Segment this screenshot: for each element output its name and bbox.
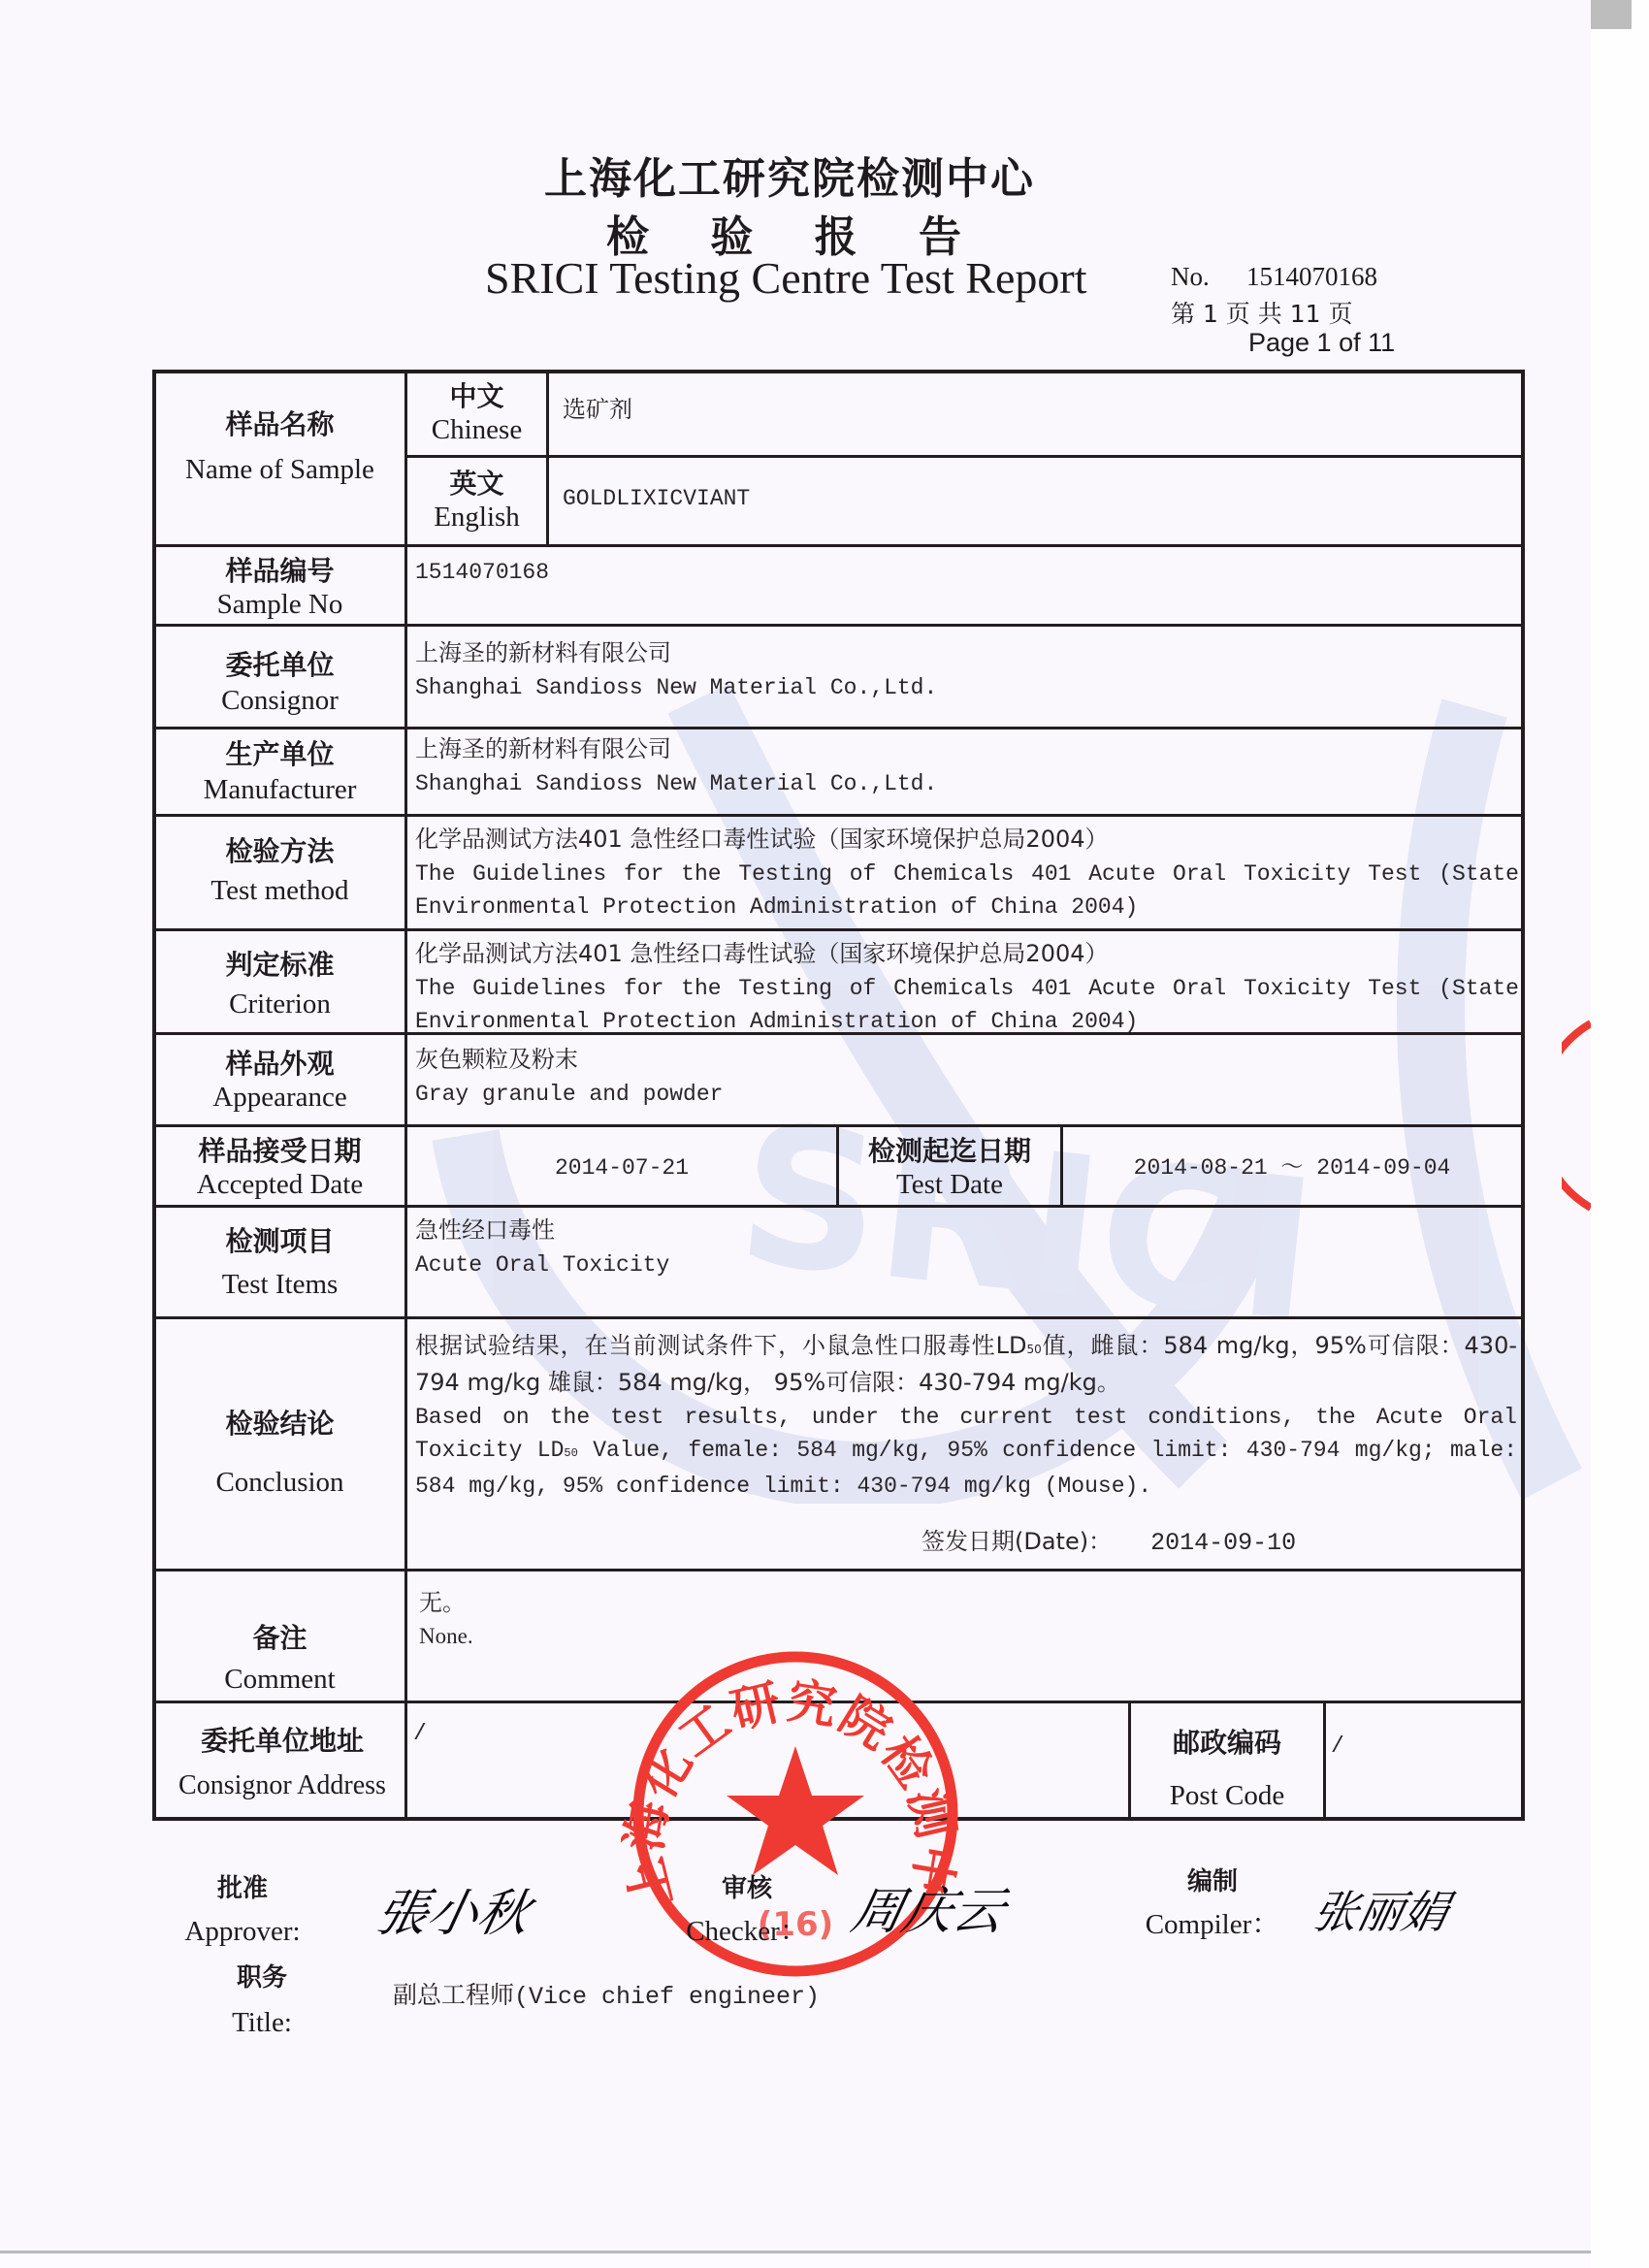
label-compiler: 编制 Compiler：: [1135, 1861, 1290, 1946]
criterion-value: 化学品测试方法401 急性经口毒性试验（国家环境保护总局2004）The Gui…: [415, 937, 1519, 1038]
manufacturer-value: 上海圣的新材料有限公司Shanghai Sandioss New Materia…: [415, 732, 937, 800]
label-consignor: 委托单位 Consignor: [155, 648, 404, 718]
consignor-address-value: /: [413, 1717, 427, 1750]
consignor-value: 上海圣的新材料有限公司Shanghai Sandioss New Materia…: [415, 636, 937, 704]
label-comment: 备注 Comment: [155, 1618, 404, 1700]
checker-signature: 周庆云: [846, 1870, 1013, 1943]
label-chinese: 中文 Chinese: [407, 380, 546, 446]
label-approver: 批准 Approver:: [184, 1867, 301, 1953]
label-post-code: 邮政编码 Post Code: [1131, 1717, 1323, 1822]
sample-name-cn: 选矿剂: [563, 393, 632, 428]
scan-shadow: [1591, 0, 1632, 29]
title-value: 副总工程师(Vice chief engineer): [393, 1981, 820, 2014]
label-english: 英文 English: [407, 468, 546, 534]
comment-value: 无。None.: [419, 1586, 473, 1653]
label-test-method: 检验方法 Test method: [155, 832, 404, 910]
test-date-value: 2014-08-21 ～ 2014-09-04: [1063, 1151, 1521, 1184]
post-code-value: /: [1331, 1730, 1344, 1763]
label-conclusion: 检验结论 Conclusion: [155, 1395, 404, 1511]
accepted-date-value: 2014-07-21: [407, 1151, 836, 1184]
approver-signature: 張小秋: [371, 1872, 537, 1945]
label-title: 职务 Title:: [204, 1956, 320, 2045]
label-criterion: 判定标准 Criterion: [155, 946, 404, 1023]
compiler-signature: 张丽娟: [1308, 1877, 1455, 1941]
appearance-value: 灰色颗粒及粉末Gray granule and powder: [415, 1043, 723, 1111]
report-no-value: 1514070168: [1246, 262, 1377, 292]
partial-stamp-edge: [1562, 1009, 1591, 1222]
stamp-star-icon: [727, 1746, 864, 1875]
test-method-value: 化学品测试方法401 急性经口毒性试验（国家环境保护总局2004）The Gui…: [415, 823, 1519, 923]
label-checker: 审核 Checker：: [664, 1867, 829, 1953]
label-appearance: 样品外观 Appearance: [155, 1048, 404, 1114]
issue-date: 签发日期(Date)：2014-09-10: [921, 1525, 1296, 1560]
test-items-value: 急性经口毒性Acute Oral Toxicity: [415, 1214, 669, 1281]
label-sample-no: 样品编号 Sample No: [155, 555, 404, 621]
label-test-items: 检测项目 Test Items: [155, 1220, 404, 1306]
label-name-of-sample: 样品名称 Name of Sample: [155, 407, 404, 487]
org-title-cn: 上海化工研究院检测中心: [0, 144, 1614, 206]
paper-margin: [1591, 0, 1649, 2268]
page-count-en: Page 1 of 11: [1248, 328, 1395, 358]
label-accepted-date: 样品接受日期 Accepted Date: [155, 1135, 404, 1201]
conclusion-value: 根据试验结果，在当前测试条件下，小鼠急性口服毒性LD50值，雌鼠：584 mg/…: [415, 1329, 1517, 1503]
label-test-date: 检测起迄日期 Test Date: [839, 1135, 1060, 1201]
report-no-label: No.: [1171, 262, 1210, 292]
report-title-en: SRICI Testing Centre Test Report: [485, 252, 1086, 304]
paper-bottom-edge: [0, 2251, 1591, 2253]
label-consignor-address: 委托单位地址 Consignor Address: [155, 1719, 409, 1808]
sample-no-value: 1514070168: [415, 556, 549, 589]
label-manufacturer: 生产单位 Manufacturer: [155, 737, 404, 807]
sample-name-en: GOLDLIXICVIANT: [563, 482, 750, 515]
page-count-cn: 第 1 页 共 11 页: [1171, 295, 1352, 330]
